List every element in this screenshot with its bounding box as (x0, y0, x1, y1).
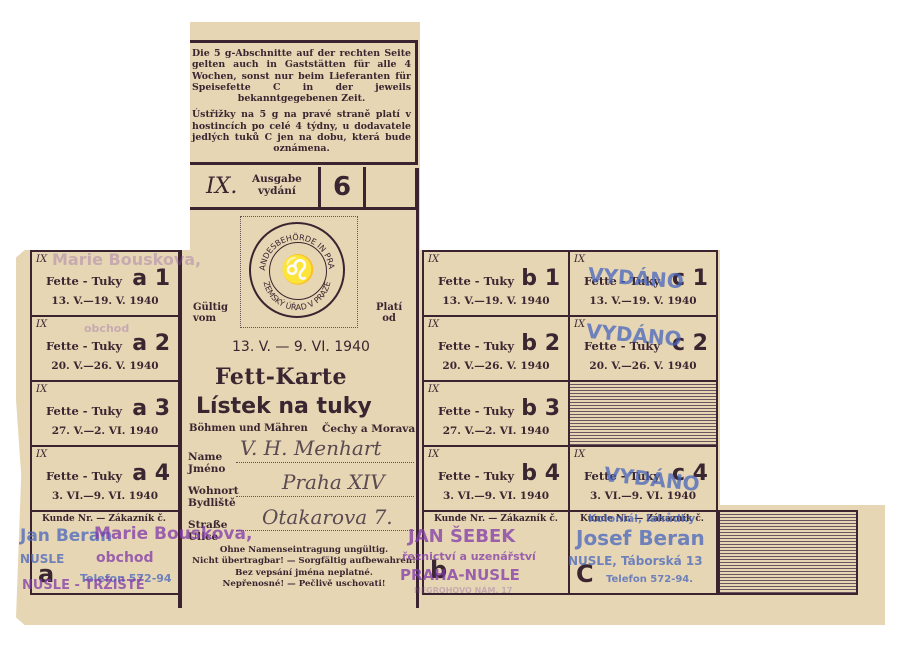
legal-cz-1: Bez vepsání jména neplatné. (188, 568, 420, 579)
legal-de-2: Nicht übertragbar! — Sorgfältig aufbewah… (188, 556, 420, 567)
stamp-praha-nusle: PRAHA-NUSLE (400, 566, 520, 584)
street-value: Otakarova 7. (262, 505, 393, 529)
overprint-stamp-a2: obchod (84, 322, 129, 335)
notice-czech: Ústřižky na 5 g na pravé straně platí v … (192, 109, 411, 154)
stamp-address-b: NEGROHOVO NÁM. 17 (414, 586, 512, 595)
coupon-b4[interactable]: IXFette - Tukyb 43. VI.—9. VI. 1940 (422, 445, 570, 512)
coupon-b2[interactable]: IXFette - Tukyb 220. V.—26. V. 1940 (422, 315, 570, 382)
seal-inner-ring: ♌ (269, 242, 327, 300)
coupon-b3[interactable]: IXFette - Tukyb 327. V.—2. VI. 1940 (422, 380, 570, 447)
validity-period: 13. V. — 9. VI. 1940 (232, 339, 370, 355)
region-czech: Čechy a Morava (322, 423, 415, 435)
coupon-a3[interactable]: IXFette - Tukya 327. V.—2. VI. 1940 (30, 380, 180, 447)
residence-value: Praha XIV (282, 470, 385, 494)
customer-section-a: Kunde Nr. — Zákazník č. a Jan Beran NUSL… (30, 510, 180, 595)
name-label: NameJméno (188, 452, 225, 475)
stamp-nusle-a: NUSLE (20, 552, 64, 566)
notice-block: Die 5 g-Abschnitte auf der rechten Seite… (190, 40, 418, 165)
coupon-c4[interactable]: IXFette - Tukyc 43. VI.—9. VI. 1940 VYDÁ… (568, 445, 718, 512)
stamp-bouskova: Marie Bouskova, (94, 524, 252, 544)
stamp-sebek: JAN ŠEBEK (408, 526, 515, 547)
background-gap (720, 250, 890, 505)
street-line (236, 530, 414, 531)
customer-section-c: Kunde Nr. — Zákazník č. C Koloniál, lahů… (568, 510, 718, 595)
stamp-obchod: obchod (96, 550, 154, 566)
issue-row: IX. Ausgabe vydání 6 (190, 168, 418, 210)
coupon-b1[interactable]: IXFette - Tukyb 113. V.—19. V. 1940 (422, 250, 570, 317)
residence-label: WohnortBydliště (188, 486, 239, 509)
title-czech: Lístek na tuky (196, 394, 372, 419)
issue-label: Ausgabe vydání (252, 173, 302, 197)
official-seal-icon: LANDESBEHÖRDE IN PRAG ZEMSKÝ ÚŘAD V PRAZ… (249, 222, 345, 318)
issue-roman: IX. (206, 174, 237, 199)
region-german: Böhmen und Mähren (189, 423, 308, 434)
title-german: Fett-Karte (215, 364, 347, 390)
coupon-a4[interactable]: IXFette - Tukya 43. VI.—9. VI. 1940 (30, 445, 180, 512)
lion-emblem-icon: ♌ (270, 253, 326, 287)
stamp-trziste: NUSLE - TRŽIŠTĚ (22, 578, 145, 593)
name-value: V. H. Menhart (240, 436, 381, 460)
coupon-c3-removed (568, 380, 718, 447)
name-line (236, 462, 414, 463)
customer-section-b: Kunde Nr. — Zákazník č. b JAN ŠEBEK řezn… (422, 510, 570, 595)
overprint-stamp-a1: Marie Bouskova, (52, 250, 201, 269)
strip-hatched-area (718, 510, 858, 595)
legal-de-1: Ohne Namenseintragung ungültig. (188, 545, 420, 556)
coupon-c1[interactable]: IXFette - Tukyc 113. V.—19. V. 1940 VYDÁ… (568, 250, 718, 317)
residence-line (236, 496, 414, 497)
legal-cz-2: Nepřenosné! — Pečlivě uschovati! (188, 579, 420, 590)
issued-stamp-c1: VYDÁNO (587, 263, 684, 294)
valid-from-cz: Platíod (376, 302, 402, 324)
stamp-phone-c: Telefon 572-94. (606, 574, 693, 585)
stamp-taborska: NUSLE, Táborská 13 (568, 554, 703, 568)
issue-number: 6 (318, 167, 366, 207)
coupon-c2[interactable]: IXFette - Tukyc 220. V.—26. V. 1940 VYDÁ… (568, 315, 718, 382)
issue-label-cz: vydání (258, 185, 296, 197)
notice-german: Die 5 g-Abschnitte auf der rechten Seite… (192, 48, 411, 104)
stamp-kolonial: Koloniál, lahůdky (588, 512, 695, 525)
stamp-josef-beran: Josef Beran (576, 526, 705, 550)
valid-from-de: Gültigvom (193, 302, 228, 324)
stamp-butcher: řeznictví a uzenářství (402, 550, 536, 563)
legal-notice: Ohne Namenseintragung ungültig. Nicht üb… (188, 545, 420, 589)
issue-label-de: Ausgabe (252, 173, 302, 185)
